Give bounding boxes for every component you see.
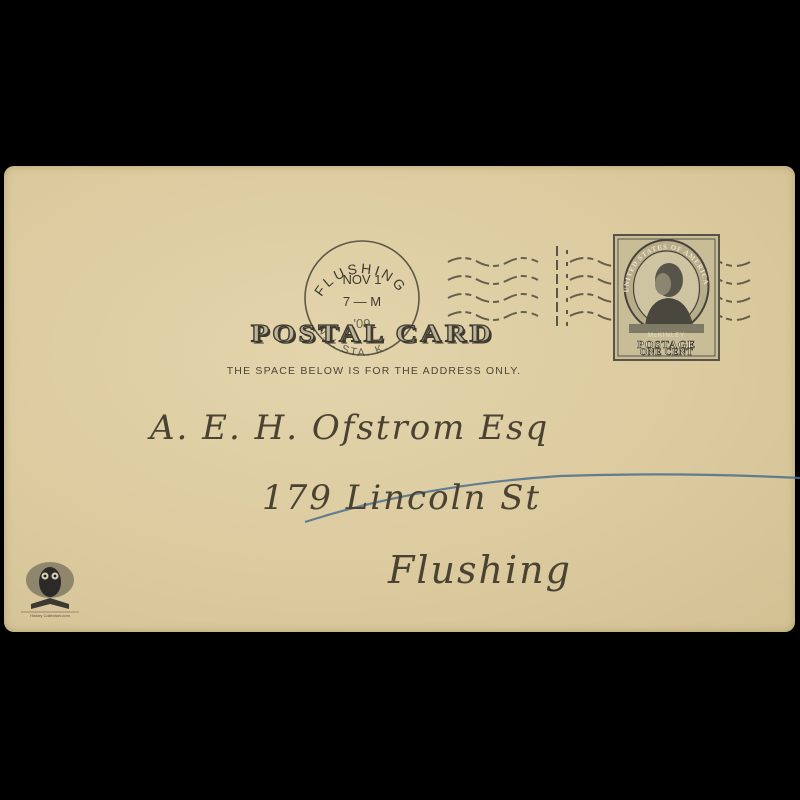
address-line-street: 179 Lincoln St: [262, 478, 541, 518]
blue-strike-line: [0, 0, 800, 800]
watermark-text: History Collectors.com: [15, 613, 85, 618]
watermark-logo: History Collectors.com: [15, 556, 85, 626]
owl-on-book-icon: [15, 556, 85, 616]
address-line-name: A. E. H. Ofstrom Esq: [150, 408, 549, 448]
address-line-city: Flushing: [388, 548, 572, 592]
